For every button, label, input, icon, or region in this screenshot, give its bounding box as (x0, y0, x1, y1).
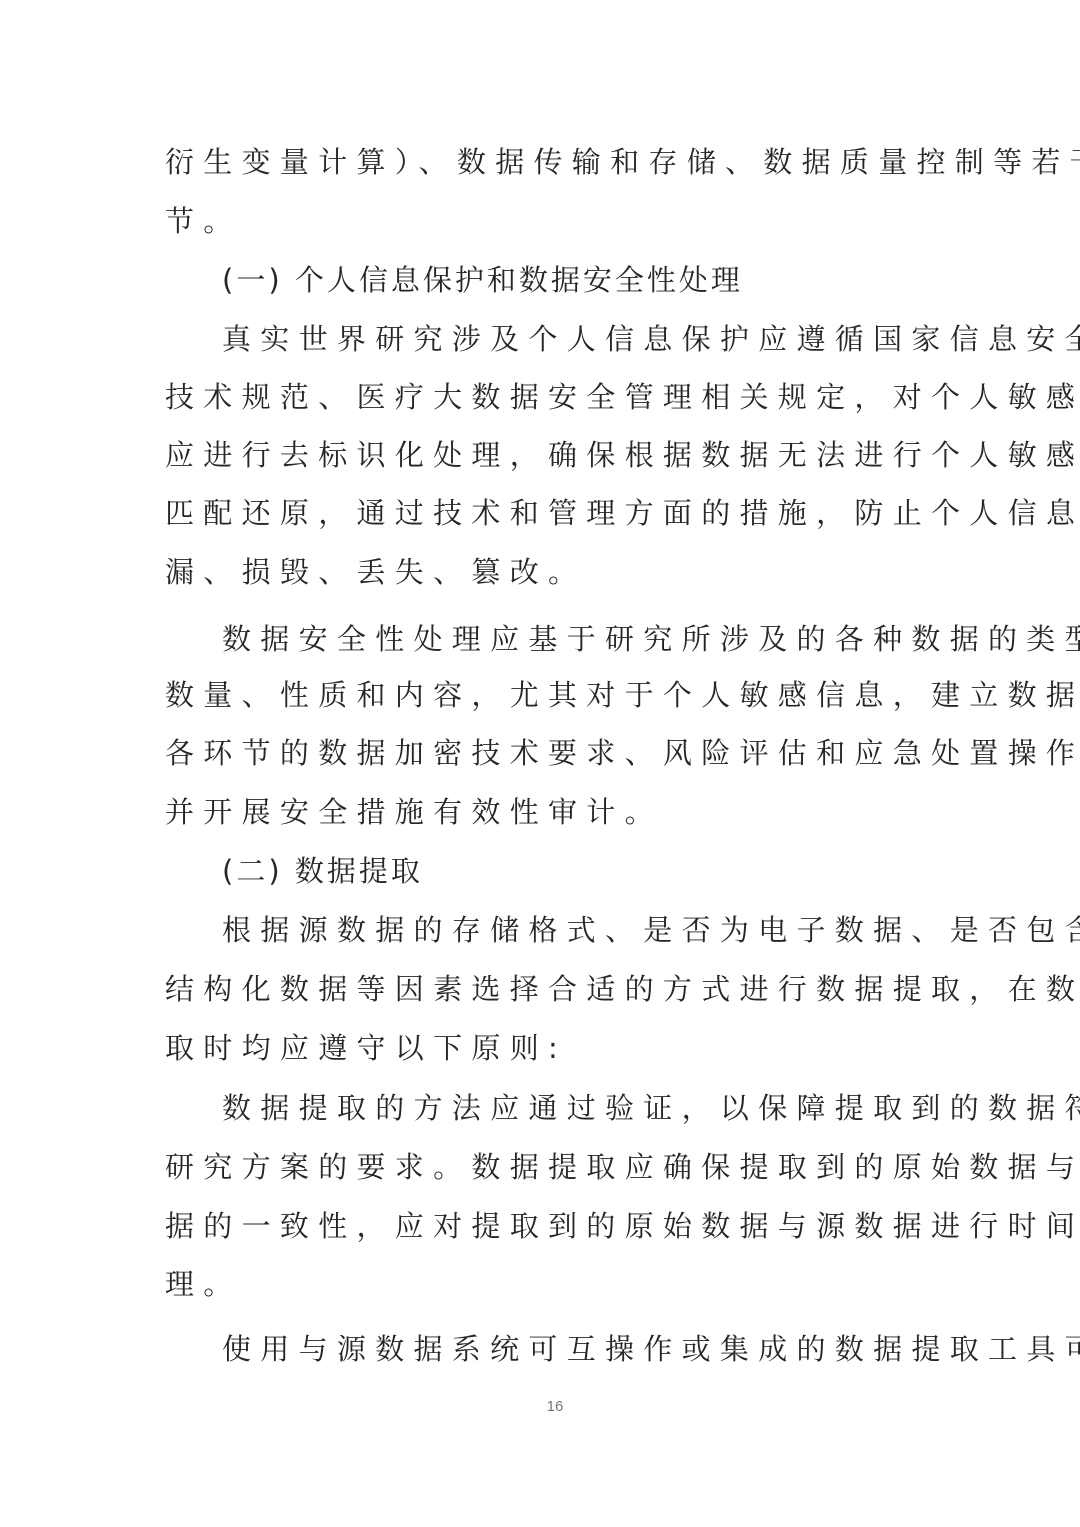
body-line: 数量、性质和内容，尤其对于个人敏感信息，建立数据治理 (165, 666, 925, 724)
paragraph-first-line: 使用与源数据系统可互操作或集成的数据提取工具可 (222, 1320, 982, 1378)
paragraph-first-line: 根据源数据的存储格式、是否为电子数据、是否包含非 (222, 901, 982, 959)
body-line: 匹配还原，通过技术和管理方面的措施，防止个人信息的泄 (165, 484, 925, 542)
body-line-continuation: 节。 (165, 192, 925, 250)
document-page: 衍生变量计算）、数据传输和存储、数据质量控制等若干环 节。 (一) 个人信息保护… (0, 0, 1080, 1527)
body-line: 各环节的数据加密技术要求、风险评估和应急处置操作规程， (165, 724, 925, 782)
body-line: 技术规范、医疗大数据安全管理相关规定，对个人敏感信息 (165, 368, 925, 426)
body-line: 结构化数据等因素选择合适的方式进行数据提取，在数据提 (165, 960, 925, 1018)
body-line-continuation: 衍生变量计算）、数据传输和存储、数据质量控制等若干环 (165, 133, 925, 191)
body-line: 应进行去标识化处理，确保根据数据无法进行个人敏感信息 (165, 426, 925, 484)
paragraph-first-line: 数据安全性处理应基于研究所涉及的各种数据的类型、 (222, 610, 982, 668)
body-line: 并开展安全措施有效性审计。 (165, 783, 925, 841)
paragraph-first-line: 数据提取的方法应通过验证，以保障提取到的数据符合 (222, 1079, 982, 1137)
body-line: 取时均应遵守以下原则: (165, 1019, 925, 1077)
paragraph-first-line: 真实世界研究涉及个人信息保护应遵循国家信息安全 (222, 310, 982, 368)
page-number: 16 (540, 1398, 570, 1415)
body-line: 理。 (165, 1255, 925, 1313)
section-heading-personal-info-protection: (一) 个人信息保护和数据安全性处理 (222, 251, 982, 309)
body-line: 研究方案的要求。数据提取应确保提取到的原始数据与源数 (165, 1138, 925, 1196)
section-heading-data-extraction: (二) 数据提取 (222, 842, 982, 900)
body-line: 漏、损毁、丢失、篡改。 (165, 543, 925, 601)
body-line: 据的一致性，应对提取到的原始数据与源数据进行时间戳管 (165, 1197, 925, 1255)
